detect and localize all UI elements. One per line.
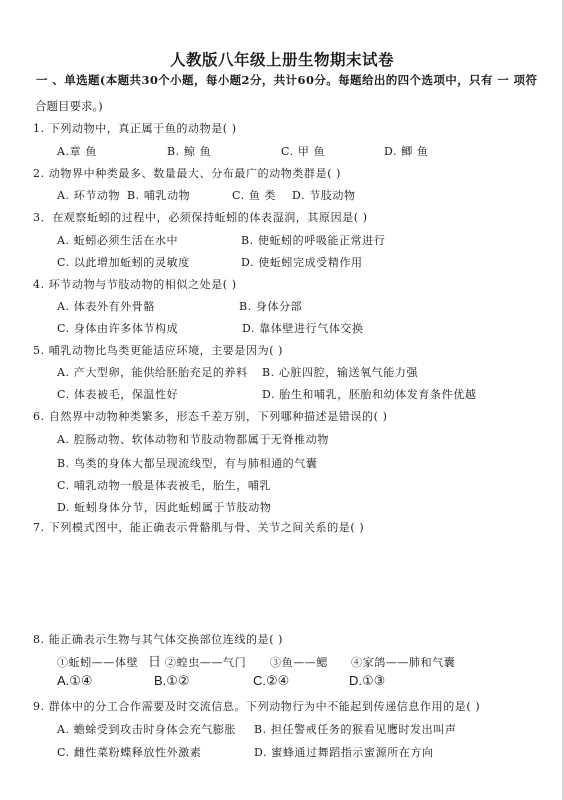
question-8-option-b: B.①② [154, 673, 190, 689]
question-4-option-a: A. 体表外有外骨骼 [57, 298, 155, 314]
question-2-option-a: A. 环节动物 [57, 187, 120, 203]
exam-page: 人教版八年级上册生物期末试卷 一 、单选题(本题共30个小题，每小题2分，共计6… [0, 0, 564, 800]
question-9-stem: 9. 群体中的分工合作需要及时交流信息。下列动物行为中不能起到传递信息作用的是(… [33, 698, 480, 714]
question-9-option-b: B. 担任警戒任务的猴看见鹰时发出叫声 [254, 721, 456, 737]
question-8-pair-4: ④家鸽——肺和气囊 [351, 654, 455, 670]
question-3-option-b: B. 使蚯蚓的呼吸能正常进行 [241, 232, 385, 248]
question-7-stem: 7. 下列模式图中，能正确表示骨骼肌与骨、关节之间关系的是( ) [33, 519, 364, 535]
question-3-stem: 3．在观察蚯蚓的过程中，必须保持蚯蚓的体表湿润，其原因是( ) [33, 209, 368, 225]
question-8-option-d: D.①③ [349, 673, 385, 689]
page-title: 人教版八年级上册生物期末试卷 [0, 48, 564, 70]
question-2-option-d: D. 节肢动物 [292, 187, 356, 203]
question-9-option-c: C. 雌性菜粉蝶释放性外激素 [57, 744, 201, 760]
question-1-stem: 1. 下列动物中，真正属于鱼的动物是( ) [33, 120, 237, 136]
question-8-pair-3: ③鱼——鳃 [270, 654, 328, 670]
question-8-option-c: C.②④ [253, 673, 289, 689]
question-8-pair-1: ①蚯蚓——体壁 [57, 654, 138, 670]
question-9-option-a: A. 蟾蜍受到攻击时身体会充气膨胀 [57, 721, 236, 737]
question-5-stem: 5. 哺乳动物比鸟类更能适应环境，主要是因为( ) [33, 342, 283, 358]
question-1-option-a: A.章 鱼 [57, 143, 97, 159]
question-2-option-c: C. 鱼 类 [232, 187, 276, 203]
question-4-option-d: D. 靠体壁进行气体交换 [242, 320, 364, 336]
question-8-stray-glyph: 日 [148, 651, 161, 670]
question-8-stem: 8. 能正确表示生物与其气体交换部位连线的是( ) [33, 631, 283, 647]
question-4-stem: 4. 环节动物与节肢动物的相似之处是( ) [33, 276, 237, 292]
question-8-pair-2: ②蝗虫——气门 [165, 654, 246, 670]
question-9-option-d: D. 蜜蜂通过舞蹈指示蜜源所在方向 [254, 744, 434, 760]
question-4-option-b: B. 身体分部 [239, 298, 302, 314]
question-4-option-c: C. 身体由许多体节构成 [57, 320, 178, 336]
question-6-option-a: A. 腔肠动物、软体动物和节肢动物都属于无脊椎动物 [57, 431, 329, 447]
question-1-option-d: D. 鲫 鱼 [384, 143, 429, 159]
question-3-option-d: D. 使蚯蚓完成受精作用 [241, 254, 363, 270]
question-6-option-c: C. 哺乳动物一般是体表被毛，胎生，哺乳 [57, 477, 271, 493]
question-8-option-a: A.①④ [57, 673, 93, 689]
question-7-diagram-area [40, 540, 520, 630]
question-5-option-d: D. 胎生和哺乳，胚胎和幼体发育条件优越 [262, 386, 476, 402]
question-6-stem: 6. 自然界中动物种类繁多，形态千差万别，下列哪种描述是错误的( ) [33, 408, 387, 424]
question-3-option-c: C. 以此增加蚯蚓的灵敏度 [57, 254, 190, 270]
question-5-option-a: A. 产大型卵，能供给胚胎充足的养料 [57, 364, 248, 380]
question-1-option-b: B. 鲸 鱼 [167, 143, 211, 159]
section-heading-continued: 合题目要求。) [35, 98, 103, 114]
question-6-option-d: D. 蚯蚓身体分节，因此蚯蚓属于节肢动物 [57, 499, 271, 515]
section-heading: 一 、单选题(本题共30个小题，每小题2分，共计60分。每题给出的四个选项中，只… [36, 72, 537, 88]
question-3-option-a: A. 蚯蚓必须生活在水中 [57, 232, 178, 248]
question-2-option-b: B. 哺乳动物 [127, 187, 190, 203]
question-5-option-c: C. 体表被毛，保温性好 [57, 386, 178, 402]
question-6-option-b: B. 鸟类的身体大都呈现流线型，有与肺相通的气囊 [57, 455, 317, 471]
question-5-option-b: B. 心脏四腔，输送氧气能力强 [262, 364, 418, 380]
question-1-option-c: C. 甲 鱼 [281, 143, 325, 159]
question-2-stem: 2. 动物界中种类最多、数量最大、分布最广的动物类群是( ) [33, 165, 341, 181]
